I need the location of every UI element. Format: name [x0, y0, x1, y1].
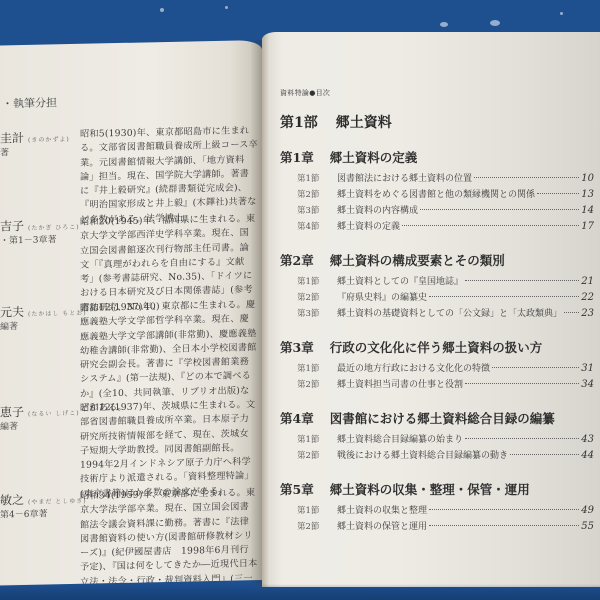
dot-leader: [564, 312, 579, 313]
page-number: 21: [581, 276, 594, 287]
section-number: 第3節: [297, 307, 337, 319]
section-number: 第2節: [297, 188, 337, 200]
toc-entry[interactable]: 第2節 郷土資料をめぐる図書館と他の類縁機関との関係 13: [280, 187, 594, 203]
chapter: 第5章 郷土資料の収集・整理・保管・運用 第1節 郷土資料の収集と整理 49 第…: [280, 480, 594, 535]
section-number: 第1節: [297, 275, 337, 287]
page-number: 49: [581, 505, 594, 516]
chapter-title: 行政の文化化に伴う郷土資料の扱い方: [330, 338, 543, 356]
author-role: 編著: [0, 319, 18, 332]
page-number: 23: [581, 308, 594, 319]
section-title: 郷土資料担当司書の仕事と役割: [337, 377, 463, 390]
section-number: 第1節: [297, 172, 337, 184]
toc-entry[interactable]: 第2節 戦後における郷土資料総合目録編纂の動き 44: [280, 448, 594, 464]
toc-entry[interactable]: 第3節 郷土資料の内容構成 14: [280, 203, 594, 219]
chapter-number: 第4章: [280, 409, 314, 427]
left-page: ・執筆分担 圭計(きのかずよ) 著 昭和5(1930)年、東京都昭島市に生まれる…: [0, 40, 262, 586]
chapter-title: 郷土資料の定義: [330, 148, 418, 166]
toc-entry[interactable]: 第4節 郷土資料の定義 17: [280, 219, 594, 235]
section-number: 第2節: [297, 449, 337, 461]
section-title: 郷土資料をめぐる図書館と他の類縁機関との関係: [337, 187, 535, 200]
author-role: 編著: [0, 419, 18, 432]
dot-leader: [402, 225, 579, 226]
toc-entry[interactable]: 第3節 郷土資料の基礎資料としての「公文録」と「太政類典」 23: [280, 306, 594, 322]
chapter-heading: 第4章 図書館における郷土資料総合目録の編纂: [280, 409, 594, 427]
dot-leader: [537, 193, 579, 194]
chapter-title: 図書館における郷土資料総合目録の編纂: [330, 409, 555, 427]
chapter: 第1章 郷土資料の定義 第1節 図書館法における郷土資料の位置 10 第2節 郷…: [280, 148, 594, 235]
author-name: 恵子(なるい しげこ): [0, 402, 80, 421]
section-number: 第1節: [297, 504, 337, 516]
page-number: 31: [581, 363, 594, 374]
chapter-number: 第1章: [280, 148, 314, 166]
section-title: 戦後における郷土資料総合目録編纂の動き: [337, 448, 508, 461]
dot-leader: [420, 209, 579, 210]
cloth-speckle: [160, 8, 164, 12]
author-ruby: (たかぎ ひろこ): [28, 224, 80, 232]
running-header: 資料特論●目次: [280, 88, 330, 98]
section-title: 郷土資料の収集と整理: [337, 503, 427, 516]
author-list-heading: ・執筆分担: [2, 94, 57, 111]
toc-entry[interactable]: 第2節 郷土資料の保管と運用 55: [280, 519, 594, 535]
author-name: 元夫(たかはし もとお): [0, 302, 87, 321]
chapter-number: 第5章: [280, 480, 314, 498]
cloth-speckle: [225, 6, 228, 9]
dot-leader: [465, 383, 579, 384]
page-number: 55: [581, 521, 594, 532]
chapter: 第4章 図書館における郷土資料総合目録の編纂 第1節 郷土資料総合目録編纂の始ま…: [280, 409, 594, 464]
cloth-speckle: [560, 12, 563, 15]
chapter-heading: 第1章 郷土資料の定義: [280, 148, 594, 166]
section-number: 第2節: [297, 520, 337, 532]
author-role: 第4－6章著: [0, 506, 47, 520]
author-entry: 圭計(きのかずよ) 著 昭和5(1930)年、東京都昭島市に生まれる。文部省図書…: [0, 124, 262, 129]
dot-leader: [429, 509, 579, 510]
dot-leader: [429, 296, 579, 297]
part-number: 第1部: [280, 112, 318, 132]
section-number: 第2節: [297, 291, 337, 303]
section-title: 図書館法における郷土資料の位置: [337, 171, 472, 184]
chapter-heading: 第5章 郷土資料の収集・整理・保管・運用: [280, 480, 594, 498]
page-number: 13: [581, 189, 594, 200]
section-title: 最近の地方行政における文化化の特徴: [337, 361, 490, 374]
page-number: 43: [581, 434, 594, 445]
dot-leader: [465, 438, 579, 439]
toc-entry[interactable]: 第1節 図書館法における郷土資料の位置 10: [280, 171, 594, 187]
page-number: 10: [581, 173, 594, 184]
chapter-number: 第3章: [280, 338, 314, 356]
section-number: 第1節: [297, 362, 337, 374]
section-title: 郷土資料の基礎資料としての「公文録」と「太政類典」: [337, 306, 562, 319]
dot-leader: [465, 280, 579, 281]
section-number: 第4節: [297, 220, 337, 232]
section-title: 郷土資料総合目録編纂の始まり: [337, 432, 463, 445]
section-title: 郷土資料の定義: [337, 219, 400, 232]
author-ruby: (なるい しげこ): [28, 410, 80, 418]
chapter: 第2章 郷土資料の構成要素とその類別 第1節 郷土資料としての『皇国地誌』 21…: [280, 251, 594, 322]
page-number: 44: [581, 450, 594, 461]
section-title: 郷土資料の内容構成: [337, 203, 418, 216]
dot-leader: [429, 525, 579, 526]
section-number: 第2節: [297, 378, 337, 390]
cloth-speckle: [440, 22, 448, 27]
toc-entry[interactable]: 第2節 『府県史料』の編纂史 22: [280, 290, 594, 306]
cloth-bottom: [0, 584, 600, 600]
author-ruby: (やまだ としゆき): [28, 498, 87, 506]
chapter-number: 第2章: [280, 251, 314, 269]
dot-leader: [474, 177, 579, 178]
chapter: 第3章 行政の文化化に伴う郷土資料の扱い方 第1節 最近の地方行政における文化化…: [280, 338, 594, 393]
chapter-heading: 第2章 郷土資料の構成要素とその類別: [280, 251, 594, 269]
toc-entry[interactable]: 第1節 最近の地方行政における文化化の特徴 31: [280, 361, 594, 377]
toc-entry[interactable]: 第2節 郷土資料担当司書の仕事と役割 34: [280, 377, 594, 393]
author-ruby: (たかはし もとお): [28, 310, 87, 318]
chapter-title: 郷土資料の収集・整理・保管・運用: [330, 480, 530, 498]
table-of-contents: 第1部 郷土資料 第1章 郷土資料の定義 第1節 図書館法における郷土資料の位置…: [280, 112, 594, 551]
part-title: 郷土資料: [336, 112, 392, 132]
dot-leader: [492, 367, 579, 368]
author-role: ・第1－3章著: [0, 232, 56, 246]
chapter-title: 郷土資料の構成要素とその類別: [330, 251, 505, 269]
page-number: 14: [581, 205, 594, 216]
author-bio: 昭和34(1959)年、東京都に生まれる。東京大学法学部卒業。現在、国立国会図書…: [80, 486, 258, 586]
author-ruby: (きのかずよ): [28, 136, 70, 144]
toc-entry[interactable]: 第1節 郷土資料総合目録編纂の始まり 43: [280, 432, 594, 448]
author-role: 著: [0, 145, 9, 158]
section-title: 『府県史料』の編纂史: [337, 290, 427, 303]
toc-entry[interactable]: 第1節 郷土資料の収集と整理 49: [280, 503, 594, 519]
section-number: 第1節: [297, 433, 337, 445]
section-title: 郷土資料としての『皇国地誌』: [337, 274, 463, 287]
toc-entry[interactable]: 第1節 郷土資料としての『皇国地誌』 21: [280, 274, 594, 290]
page-number: 17: [581, 221, 594, 232]
author-name: 圭計(きのかずよ): [0, 128, 70, 146]
part-heading: 第1部 郷土資料: [280, 112, 594, 132]
section-number: 第3節: [297, 204, 337, 216]
section-title: 郷土資料の保管と運用: [337, 519, 427, 532]
page-edge: [262, 32, 270, 587]
page-number: 22: [581, 292, 594, 303]
cloth-speckle: [490, 20, 500, 26]
chapter-heading: 第3章 行政の文化化に伴う郷土資料の扱い方: [280, 338, 594, 356]
page-number: 34: [581, 379, 594, 390]
dot-leader: [510, 454, 579, 455]
right-page: 資料特論●目次 第1部 郷土資料 第1章 郷土資料の定義 第1節 図書館法におけ…: [262, 32, 600, 587]
